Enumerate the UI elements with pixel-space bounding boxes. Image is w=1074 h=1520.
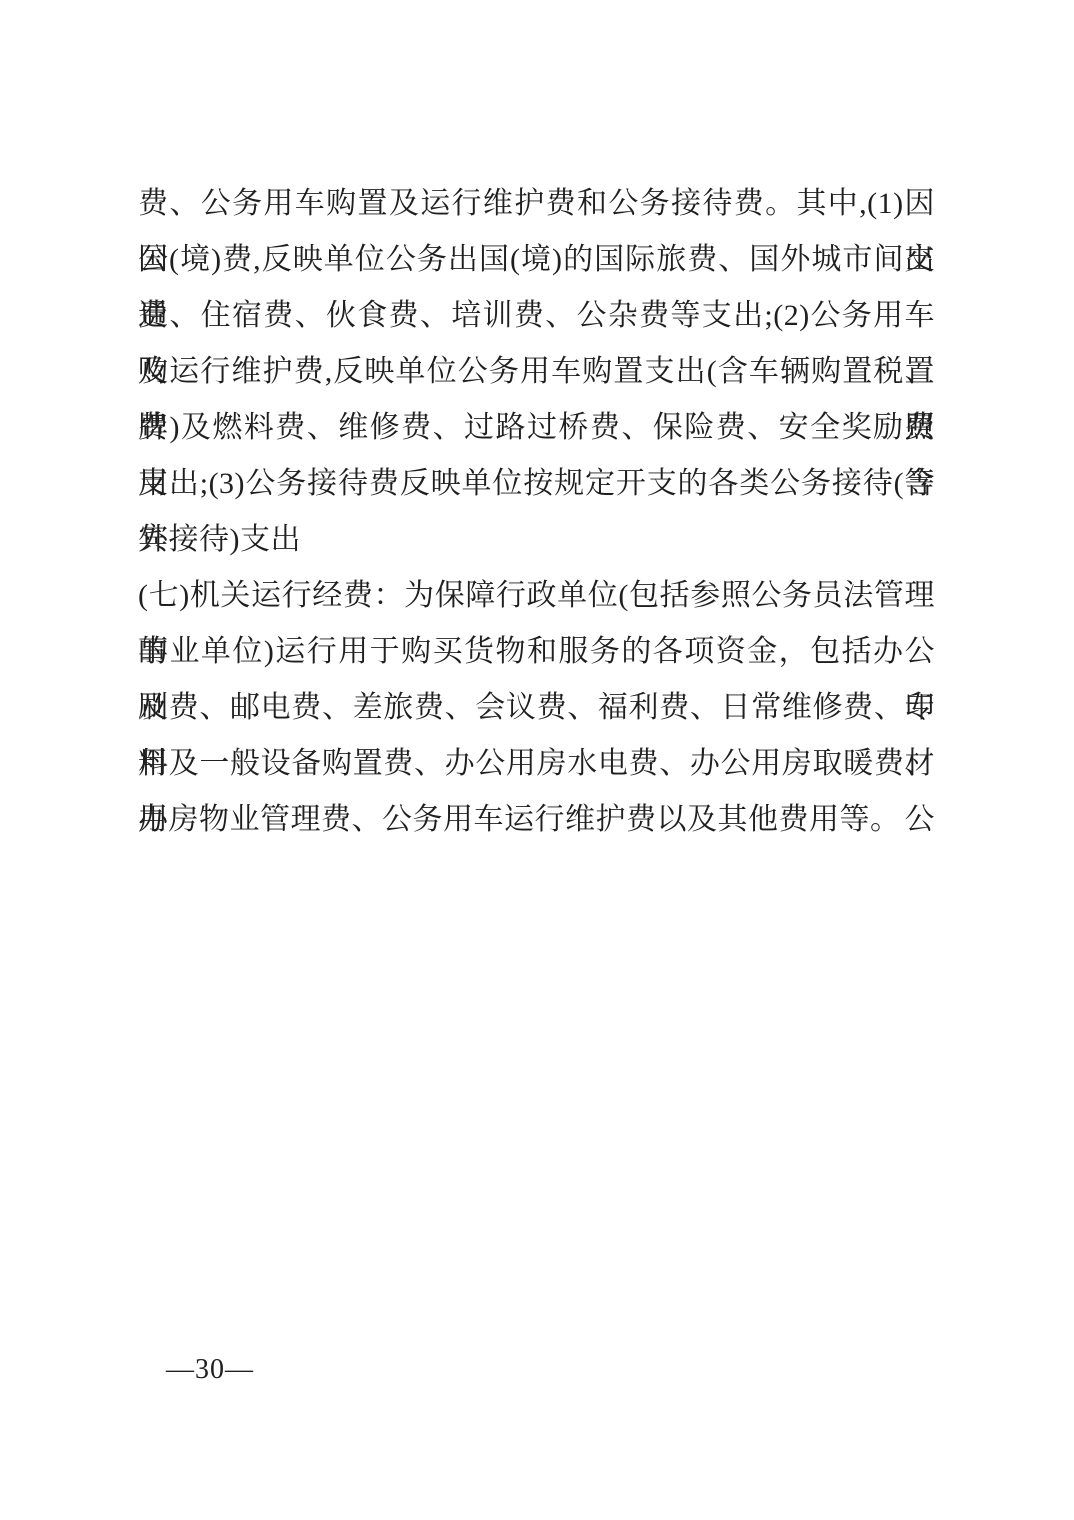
text-line: (七)机关运行经费：为保障行政单位(包括参照公务员法管理的 (138, 568, 935, 624)
text-line: 费、公务用车购置及运行维护费和公务接待费。其中,(1)因公出 (138, 176, 935, 232)
text-line: 事业单位)运行用于购买货物和服务的各项资金，包括办公及印 (138, 624, 935, 680)
document-page: 费、公务用车购置及运行维护费和公务接待费。其中,(1)因公出 国(境)费,反映单… (0, 0, 1074, 1520)
text-line: 料及一般设备购置费、办公用房水电费、办公用房取暖费、办公 (138, 736, 935, 792)
text-line-paragraph-end: 用房物业管理费、公务用车运行维护费以及其他费用等。 (138, 792, 935, 848)
text-line-paragraph-end: 宾接待)支出 (138, 512, 935, 568)
text-line: 刷费、邮电费、差旅费、会议费、福利费、日常维修费、专用材 (138, 680, 935, 736)
text-line: 费、住宿费、伙食费、培训费、公杂费等支出;(2)公务用车购置 (138, 288, 935, 344)
text-line: 支出;(3)公务接待费反映单位按规定开支的各类公务接待(含外 (138, 456, 935, 512)
text-line: 国(境)费,反映单位公务出国(境)的国际旅费、国外城市间交通 (138, 232, 935, 288)
text-line: 及运行维护费,反映单位公务用车购置支出(含车辆购置税、牌照 (138, 344, 935, 400)
page-number: —30— (166, 1352, 254, 1388)
body-text: 费、公务用车购置及运行维护费和公务接待费。其中,(1)因公出 国(境)费,反映单… (138, 176, 935, 848)
text-line: 费)及燃料费、维修费、过路过桥费、保险费、安全奖励费用等 (138, 400, 935, 456)
